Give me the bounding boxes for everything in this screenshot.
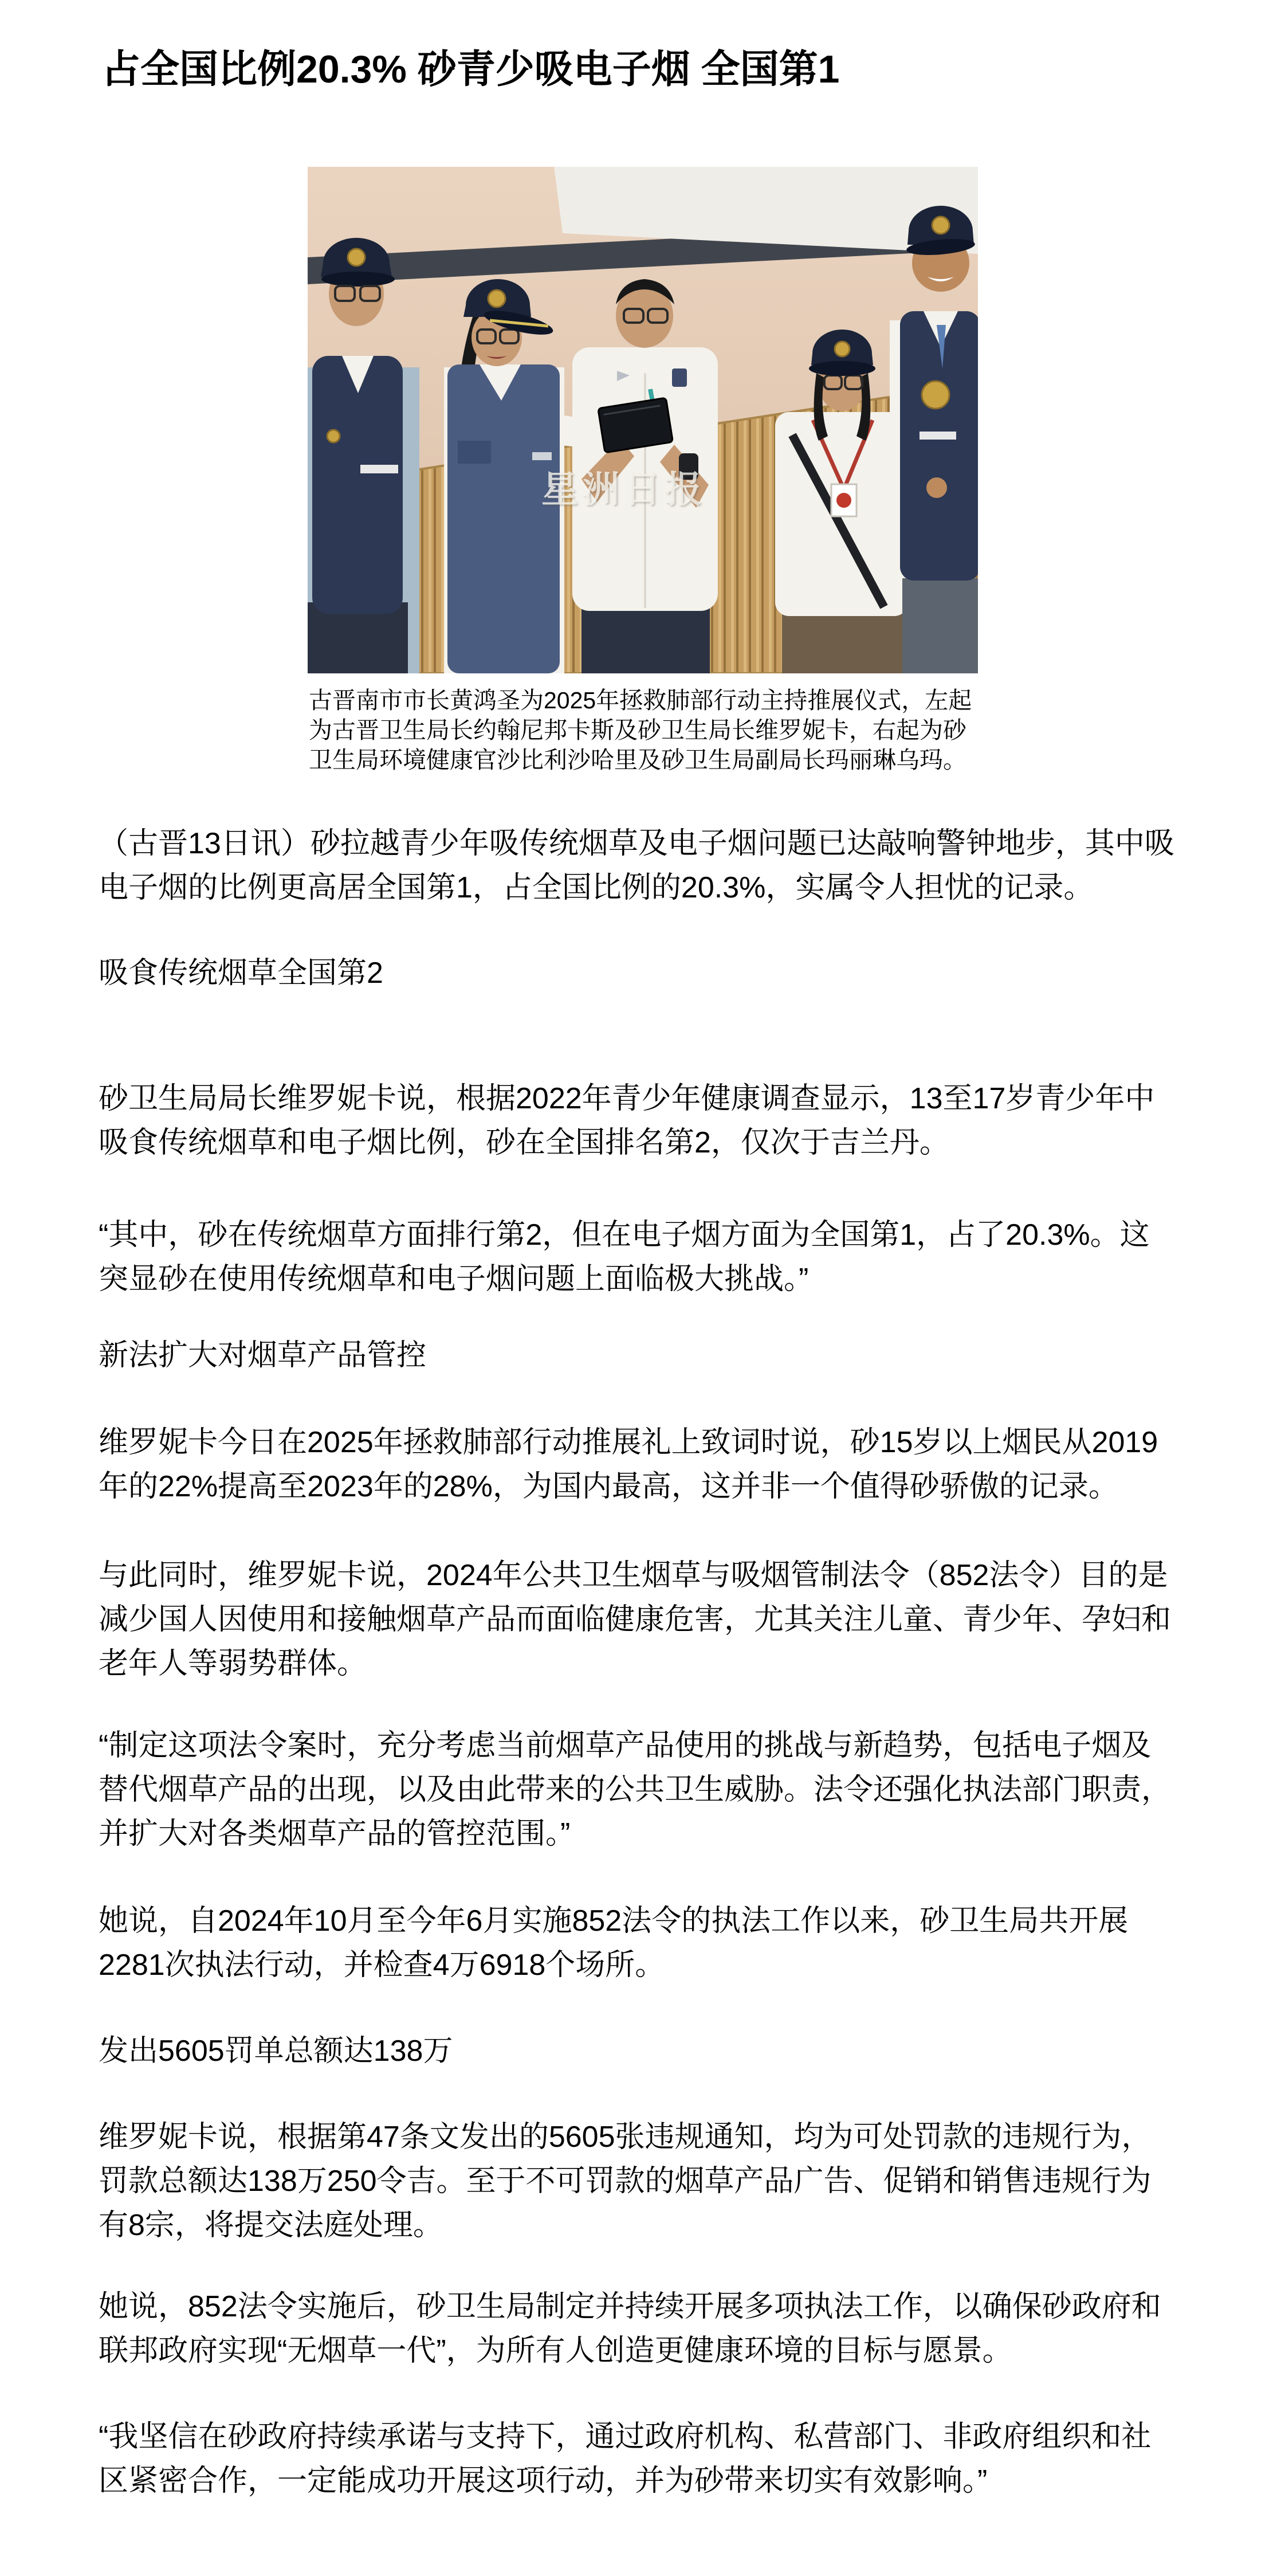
subheading-tobacco-rank: 吸食传统烟草全国第2 — [99, 951, 1267, 995]
subheading-fines: 发出5605罚单总额达138万 — [99, 2029, 1267, 2073]
article-page: 占全国比例20.3% 砂青少吸电子烟 全国第1 — [0, 0, 1281, 2576]
article-title: 占全国比例20.3% 砂青少吸电子烟 全国第1 — [101, 47, 839, 92]
paragraph-act-852: 与此同时，维罗妮卡说，2024年公共卫生烟草与吸烟管制法令（852法令）目的是 … — [99, 1554, 1267, 1686]
photo-caption: 古晋南市市长黄鸿圣为2025年拯救肺部行动主持推展仪式，左起 为古晋卫生局长约翰… — [309, 685, 986, 775]
paragraph-quote-law: “制定这项法令案时，充分考虑当前烟草产品使用的挑战与新趋势，包括电子烟及 替代烟… — [99, 1724, 1267, 1856]
article-photo: 星洲日报 — [308, 167, 978, 673]
paragraph-quote-closing: “我坚信在砂政府持续承诺与支持下，通过政府机构、私营部门、非政府组织和社 区紧密… — [99, 2415, 1267, 2503]
paragraph-lead: （古晋13日讯）砂拉越青少年吸传统烟草及电子烟问题已达敲响警钟地步，其中吸 电子… — [99, 822, 1267, 910]
paragraph-speech: 维罗妮卡今日在2025年拯救肺部行动推展礼上致词时说，砂15岁以上烟民从2019… — [99, 1421, 1267, 1509]
paragraph-quote-rank: “其中，砂在传统烟草方面排行第2，但在电子烟方面为全国第1，占了20.3%。这 … — [99, 1213, 1267, 1301]
paragraph-fines-detail: 维罗妮卡说，根据第47条文发出的5605张违规通知，均为可处罚款的违规行为， 罚… — [99, 2115, 1267, 2248]
paragraph-enforcement: 她说，自2024年10月至今年6月实施852法令的执法工作以来，砂卫生局共开展 … — [99, 1899, 1267, 1987]
paragraph-survey: 砂卫生局局长维罗妮卡说，根据2022年青少年健康调查显示，13至17岁青少年中 … — [99, 1077, 1267, 1165]
paragraph-smoke-free: 她说，852法令实施后，砂卫生局制定并持续开展多项执法工作，以确保砂政府和 联邦… — [99, 2285, 1267, 2373]
photo-illustration — [308, 167, 978, 673]
watermark-text: 星洲日报 — [541, 460, 706, 513]
tablet-device — [598, 398, 673, 453]
subheading-new-law: 新法扩大对烟草产品管控 — [99, 1334, 1267, 1378]
